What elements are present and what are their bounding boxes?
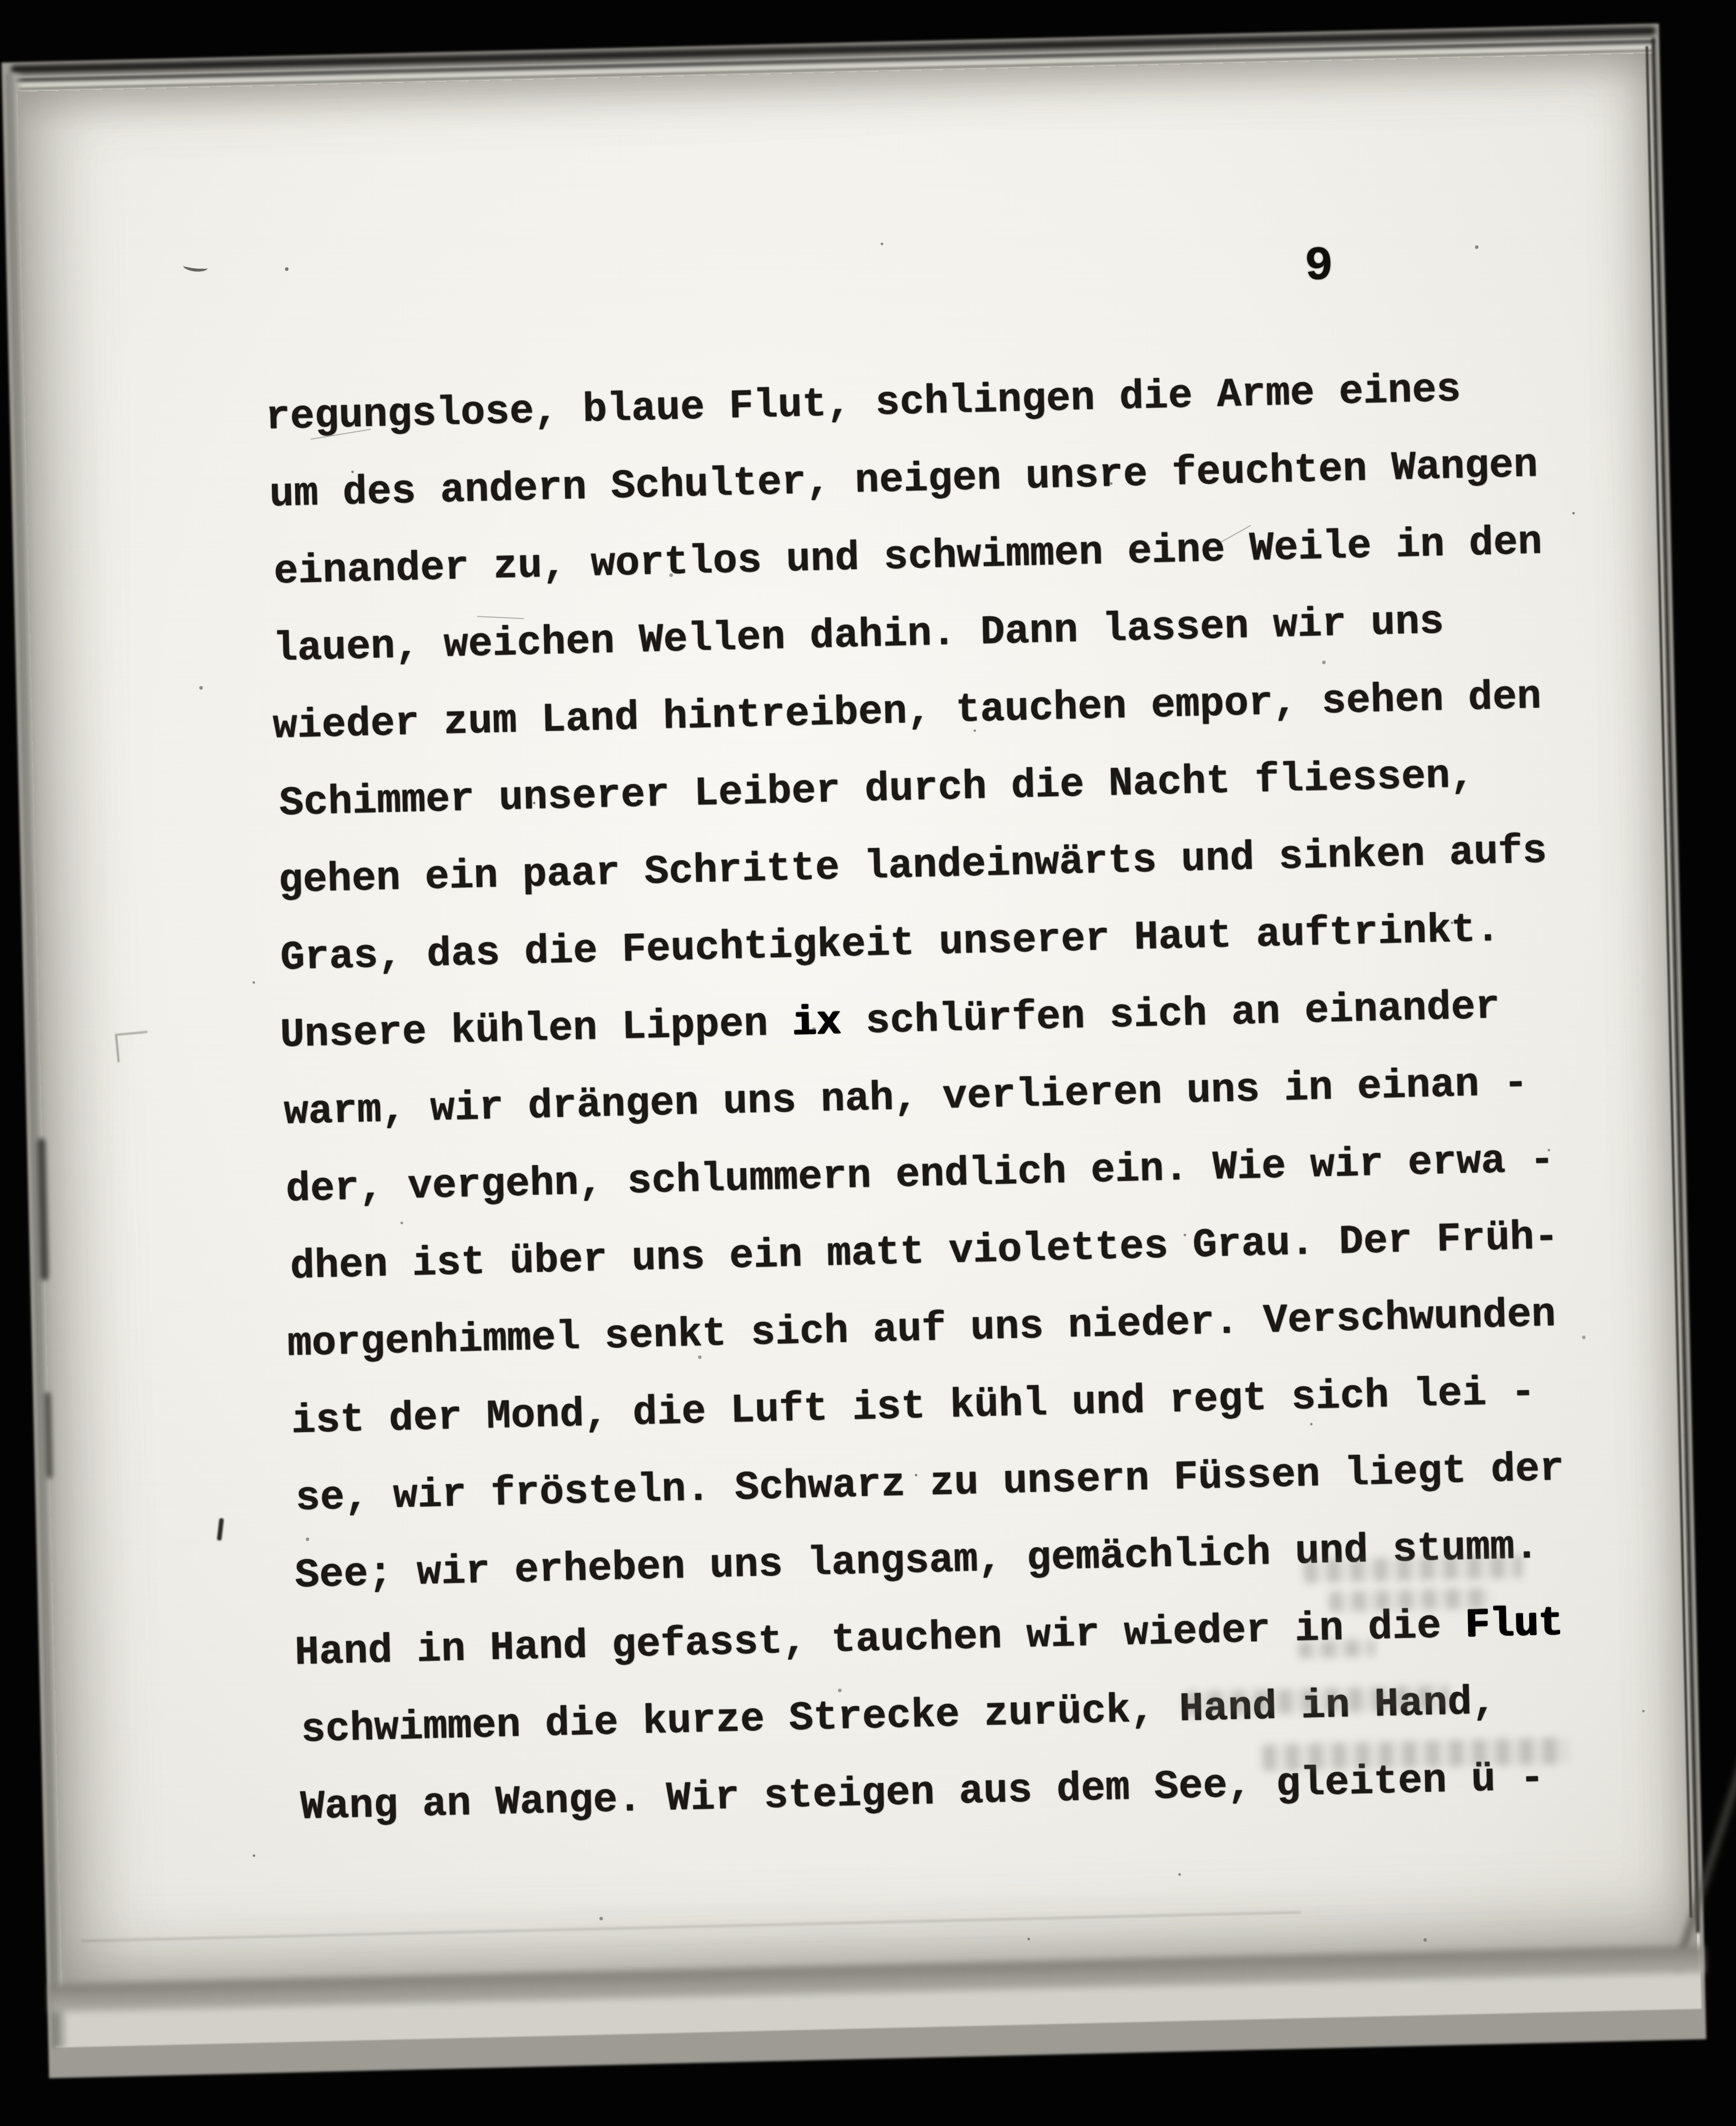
overstruck-word: ix: [792, 999, 842, 1047]
pencil-mark: [115, 1031, 150, 1062]
scanned-document: 9 regungslose, blaue Flut, schlingen die…: [0, 0, 1736, 2126]
pencil-mark: [183, 261, 208, 273]
typewritten-text-block: regungslose, blaue Flut, schlingen die A…: [267, 365, 1573, 1862]
paper-crease: [81, 1912, 1300, 1942]
bleedthrough-smudge: [1329, 1588, 1492, 1612]
page: 9 regungslose, blaue Flut, schlingen die…: [17, 53, 1697, 1992]
bleedthrough-smudge: [1298, 1639, 1375, 1659]
page-number: 9: [1304, 240, 1334, 294]
margin-ink-mark: [217, 1518, 224, 1541]
paper-stack: 9 regungslose, blaue Flut, schlingen die…: [17, 53, 1697, 1992]
